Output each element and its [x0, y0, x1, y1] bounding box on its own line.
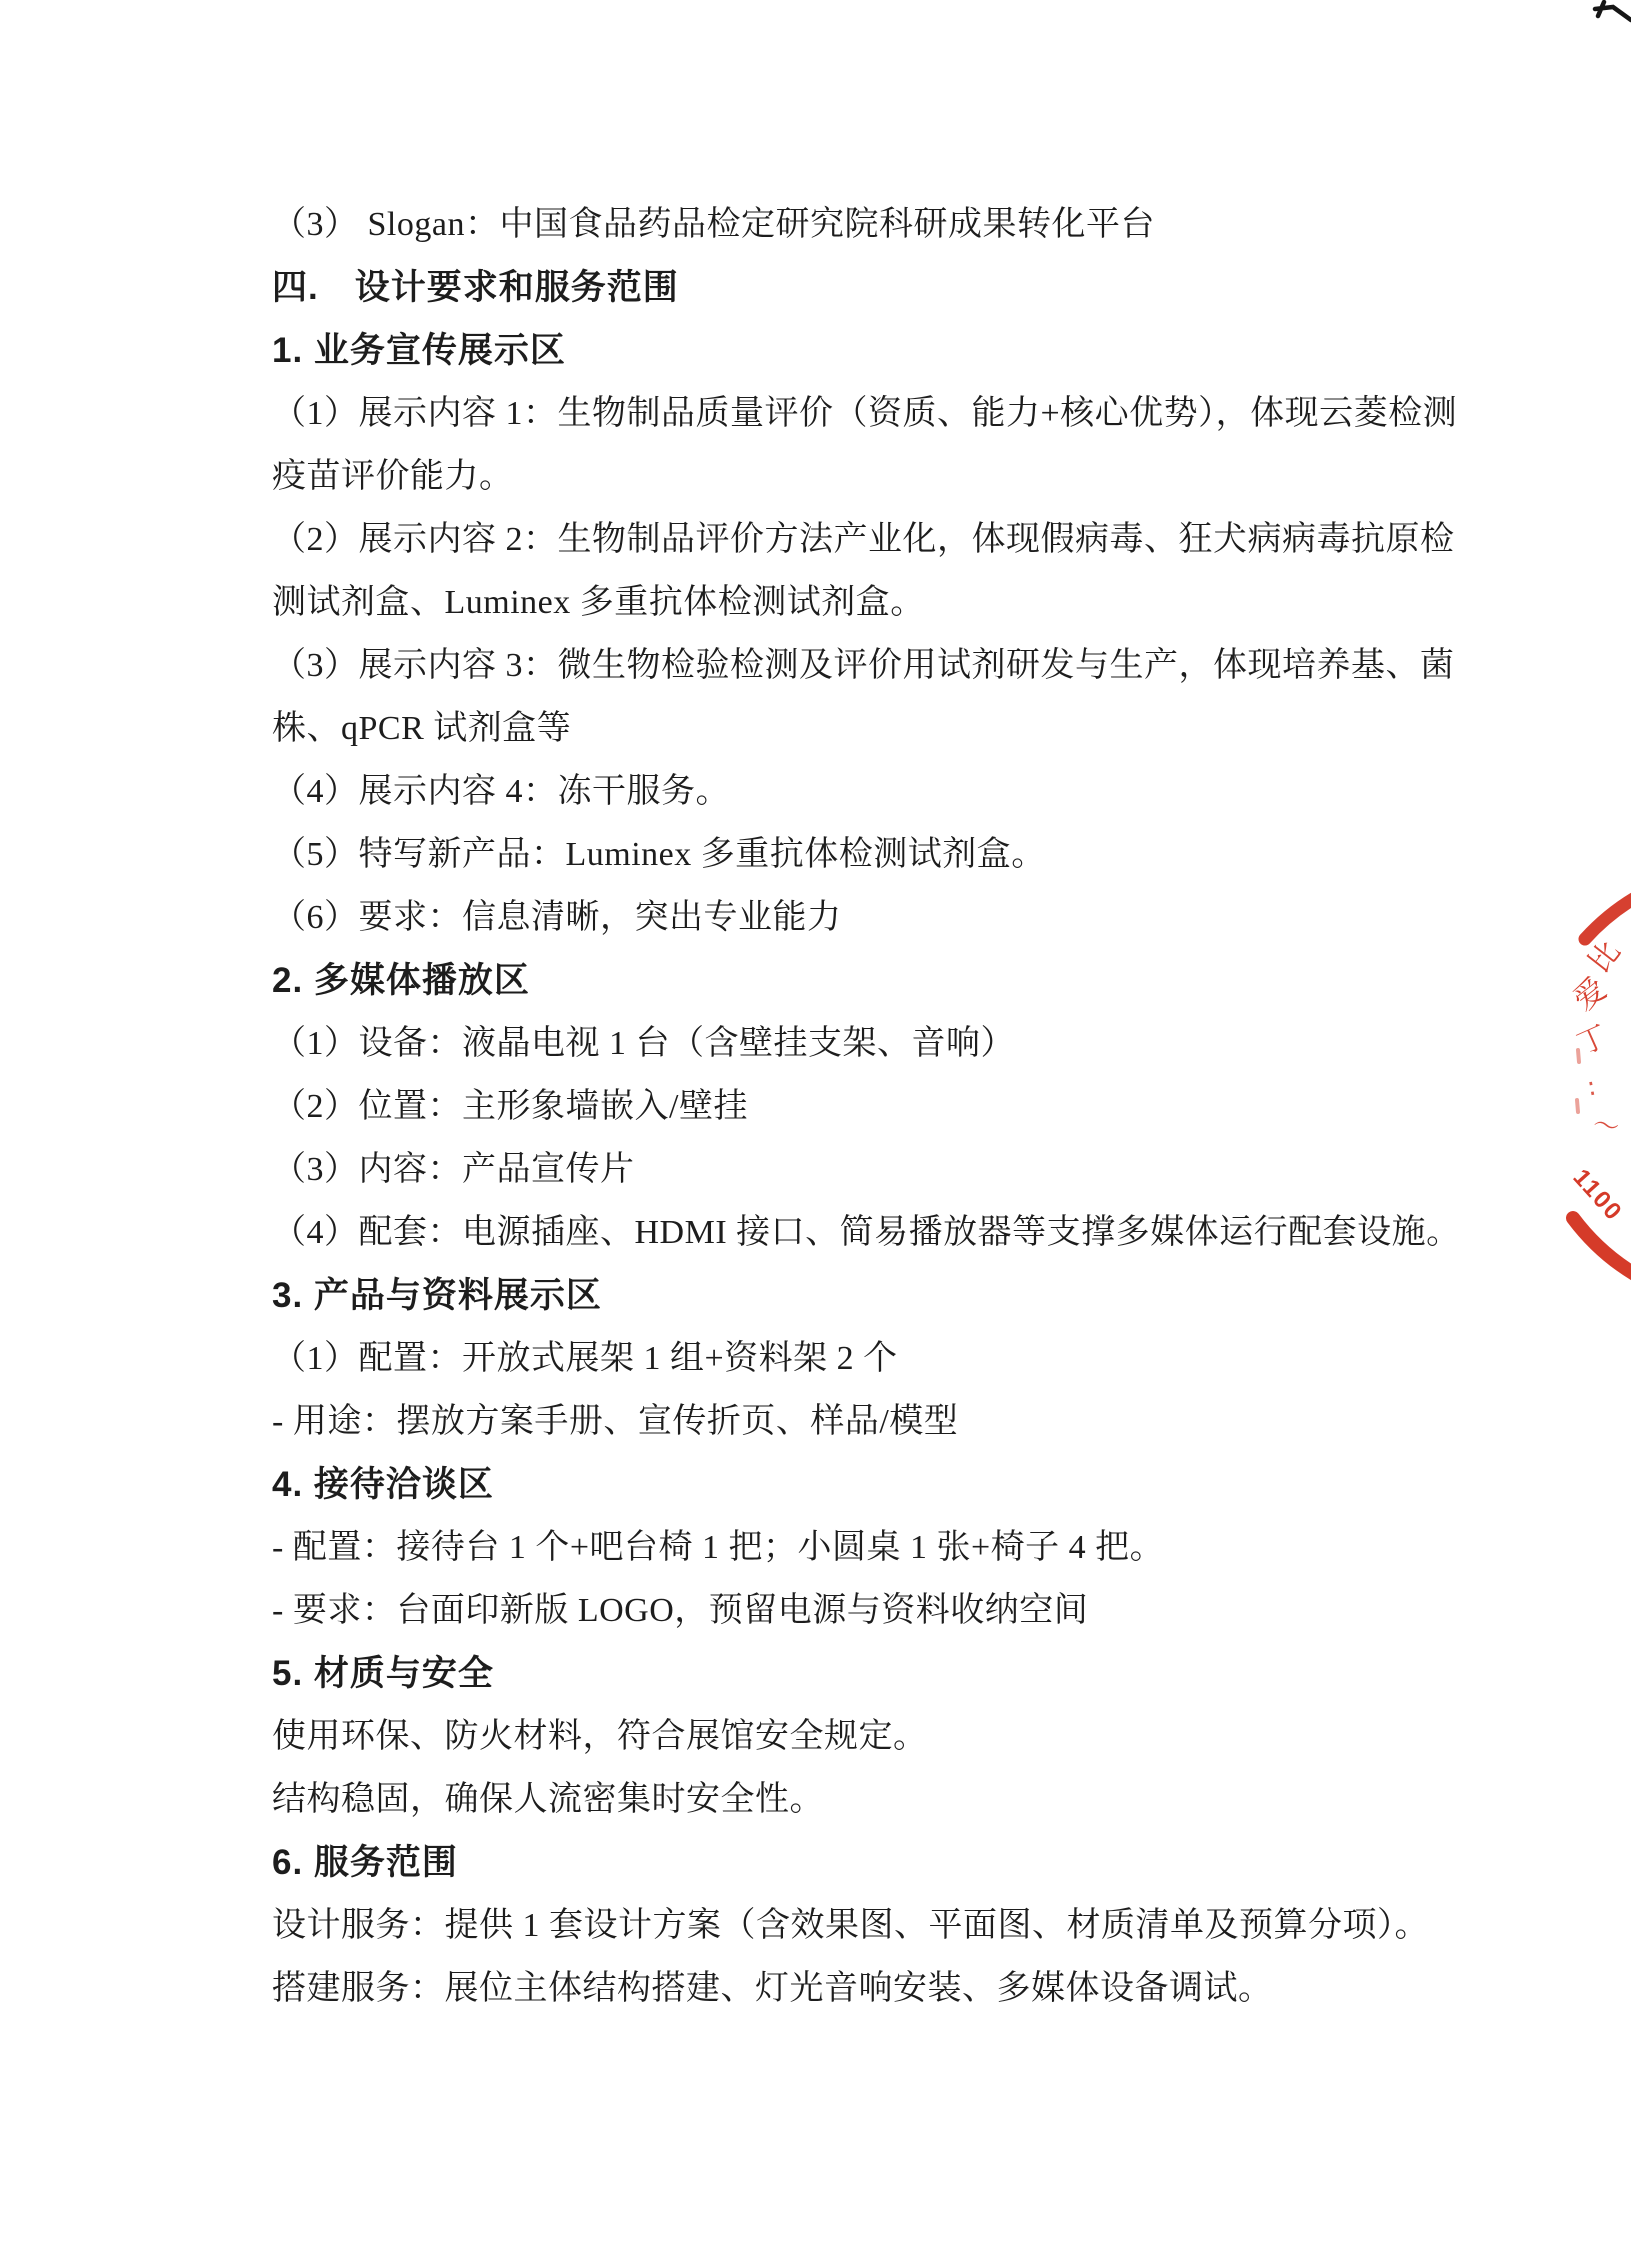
doc-line: 搭建服务：展位主体结构搭建、灯光音响安装、多媒体设备调试。 — [272, 1957, 1457, 2020]
doc-line: （2）位置：主形象墙嵌入/壁挂 — [272, 1075, 1457, 1138]
doc-line: （6）要求：信息清晰，突出专业能力 — [272, 886, 1457, 949]
doc-line: 结构稳固，确保人流密集时安全性。 — [272, 1768, 1457, 1831]
doc-line: （3） Slogan：中国食品药品检定研究院科研成果转化平台 — [272, 193, 1457, 256]
corner-mark-stroke — [1595, 2, 1631, 20]
doc-line: 使用环保、防火材料，符合展馆安全规定。 — [272, 1705, 1457, 1768]
seal-char-fragment: 〜 — [1591, 1109, 1621, 1142]
doc-line: （4）展示内容 4：冻干服务。 — [272, 760, 1457, 823]
doc-line: （2）展示内容 2：生物制品评价方法产业化，体现假病毒、狂犬病病毒抗原检 — [272, 508, 1457, 571]
doc-line: （4）配套：电源插座、HDMI 接口、简易播放器等支撑多媒体运行配套设施。 — [272, 1201, 1457, 1264]
doc-line: （1）展示内容 1：生物制品质量评价（资质、能力+核心优势），体现云菱检测 — [272, 382, 1457, 445]
red-seal-stamp: 比 爱 丁 ∶ 〜 1100 — [1450, 850, 1631, 1320]
doc-line: 设计服务：提供 1 套设计方案（含效果图、平面图、材质清单及预算分项）。 — [272, 1894, 1457, 1957]
doc-line: （1）设备：液晶电视 1 台（含壁挂支架、音响） — [272, 1012, 1457, 1075]
doc-line: （3）内容：产品宣传片 — [272, 1138, 1457, 1201]
document-body: （3） Slogan：中国食品药品检定研究院科研成果转化平台 四. 设计要求和服… — [272, 193, 1457, 2020]
subsection-heading: 5. 材质与安全 — [272, 1642, 1457, 1705]
seal-arc-bottom — [1573, 1218, 1631, 1285]
doc-line: - 要求：台面印新版 LOGO，预留电源与资料收纳空间 — [272, 1579, 1457, 1642]
doc-line: （1）配置：开放式展架 1 组+资料架 2 个 — [272, 1327, 1457, 1390]
doc-line: （5）特写新产品：Luminex 多重抗体检测试剂盒。 — [272, 823, 1457, 886]
seal-arc-faded — [1577, 1050, 1579, 1112]
subsection-heading: 6. 服务范围 — [272, 1831, 1457, 1894]
document-page: （3） Slogan：中国食品药品检定研究院科研成果转化平台 四. 设计要求和服… — [0, 0, 1631, 2250]
seal-char-fragment: ∶ — [1586, 1073, 1598, 1104]
section-heading: 四. 设计要求和服务范围 — [272, 256, 1457, 319]
subsection-heading: 3. 产品与资料展示区 — [272, 1264, 1457, 1327]
doc-line: 疫苗评价能力。 — [272, 445, 1457, 508]
seal-arc-top — [1585, 880, 1631, 939]
subsection-heading: 1. 业务宣传展示区 — [272, 319, 1457, 382]
subsection-heading: 4. 接待洽谈区 — [272, 1453, 1457, 1516]
subsection-heading: 2. 多媒体播放区 — [272, 949, 1457, 1012]
doc-line: （3）展示内容 3：微生物检验检测及评价用试剂研发与生产，体现培养基、菌 — [272, 634, 1457, 697]
doc-line: - 配置：接待台 1 个+吧台椅 1 把；小圆桌 1 张+椅子 4 把。 — [272, 1516, 1457, 1579]
corner-mark — [1560, 0, 1631, 40]
doc-line: - 用途：摆放方案手册、宣传折页、样品/模型 — [272, 1390, 1457, 1453]
doc-line: 株、qPCR 试剂盒等 — [272, 697, 1457, 760]
doc-line: 测试剂盒、Luminex 多重抗体检测试剂盒。 — [272, 571, 1457, 634]
